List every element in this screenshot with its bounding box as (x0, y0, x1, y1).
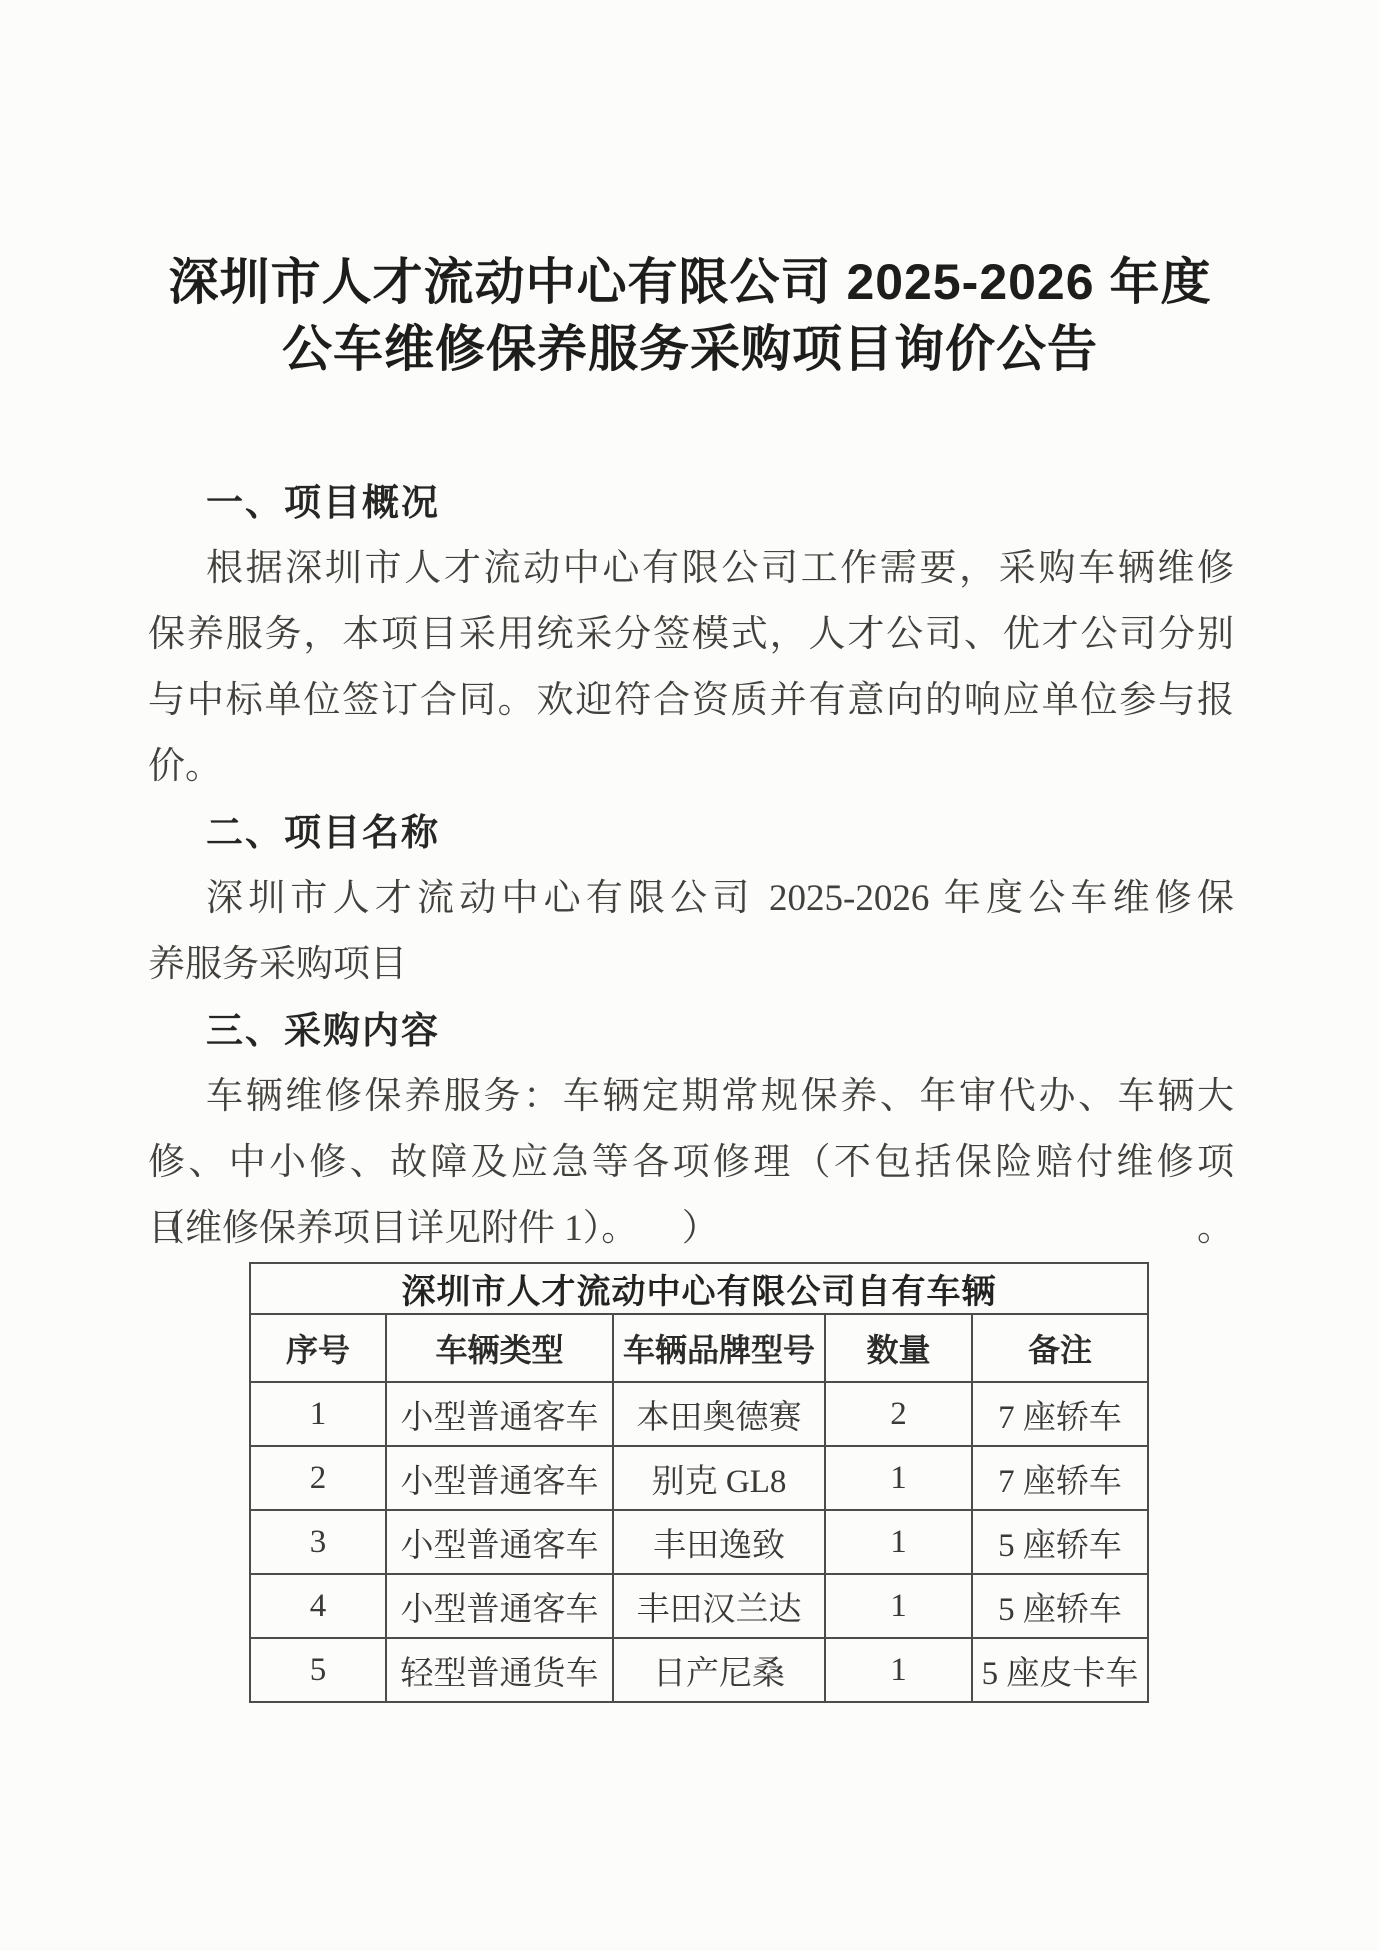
cell-vehicle-type: 小型普通客车 (386, 1510, 613, 1574)
cell-quantity: 1 (825, 1638, 972, 1702)
column-header-remarks: 备注 (972, 1314, 1148, 1382)
table-row: 2 小型普通客车 别克 GL8 1 7 座轿车 (250, 1446, 1148, 1510)
body-line: 保养服务，本项目采用统采分签模式，人才公司、优才公司分别 (148, 602, 1234, 668)
body-line: 车辆维修保养服务：车辆定期常规保养、年审代办、车辆大 (148, 1064, 1234, 1130)
cell-index: 5 (250, 1638, 386, 1702)
table-title: 深圳市人才流动中心有限公司自有车辆 (250, 1263, 1148, 1314)
cell-quantity: 1 (825, 1574, 972, 1638)
cell-quantity: 2 (825, 1382, 972, 1446)
cell-brand-model: 丰田逸致 (613, 1510, 825, 1574)
cell-vehicle-type: 小型普通客车 (386, 1446, 613, 1510)
table-row: 3 小型普通客车 丰田逸致 1 5 座轿车 (250, 1510, 1148, 1574)
document-page: 深圳市人才流动中心有限公司 2025-2026 年度 公车维修保养服务采购项目询… (0, 0, 1380, 1951)
body-line: 深圳市人才流动中心有限公司 2025-2026 年度公车维修保 (148, 866, 1234, 932)
cell-index: 3 (250, 1510, 386, 1574)
body-line: 根据深圳市人才流动中心有限公司工作需要，采购车辆维修 (148, 536, 1234, 602)
cell-remarks: 5 座轿车 (972, 1510, 1148, 1574)
cell-brand-model: 本田奥德赛 (613, 1382, 825, 1446)
cell-vehicle-type: 小型普通客车 (386, 1574, 613, 1638)
cell-brand-model: 丰田汉兰达 (613, 1574, 825, 1638)
table-header-row: 序号 车辆类型 车辆品牌型号 数量 备注 (250, 1314, 1148, 1382)
cell-brand-model: 日产尼桑 (613, 1638, 825, 1702)
cell-remarks: 5 座皮卡车 (972, 1638, 1148, 1702)
cell-remarks: 5 座轿车 (972, 1574, 1148, 1638)
cell-index: 2 (250, 1446, 386, 1510)
vehicle-table: 深圳市人才流动中心有限公司自有车辆 序号 车辆类型 车辆品牌型号 数量 备注 1… (249, 1262, 1149, 1703)
document-title: 深圳市人才流动中心有限公司 2025-2026 年度 公车维修保养服务采购项目询… (0, 249, 1380, 383)
column-header-index: 序号 (250, 1314, 386, 1382)
cell-quantity: 1 (825, 1510, 972, 1574)
section-heading-overview: 一、项目概况 (148, 470, 1234, 536)
table-row: 1 小型普通客车 本田奥德赛 2 7 座轿车 (250, 1382, 1148, 1446)
cell-index: 1 (250, 1382, 386, 1446)
document-body: 一、项目概况 根据深圳市人才流动中心有限公司工作需要，采购车辆维修 保养服务，本… (148, 470, 1234, 1262)
cell-remarks: 7 座轿车 (972, 1382, 1148, 1446)
document-title-line2: 公车维修保养服务采购项目询价公告 (0, 316, 1380, 383)
body-line: 与中标单位签订合同。欢迎符合资质并有意向的响应单位参与报 (148, 668, 1234, 734)
column-header-vehicle-type: 车辆类型 (386, 1314, 613, 1382)
cell-vehicle-type: 小型普通客车 (386, 1382, 613, 1446)
table-title-row: 深圳市人才流动中心有限公司自有车辆 (250, 1263, 1148, 1314)
body-line: 价。 (148, 734, 1234, 800)
section-heading-project-name: 二、项目名称 (148, 800, 1234, 866)
document-title-line1: 深圳市人才流动中心有限公司 2025-2026 年度 (0, 249, 1380, 316)
column-header-quantity: 数量 (825, 1314, 972, 1382)
body-line: 修、中小修、故障及应急等各项修理（不包括保险赔付维修项目）。 (148, 1130, 1234, 1196)
cell-brand-model: 别克 GL8 (613, 1446, 825, 1510)
cell-index: 4 (250, 1574, 386, 1638)
table-row: 5 轻型普通货车 日产尼桑 1 5 座皮卡车 (250, 1638, 1148, 1702)
body-line: 养服务采购项目 (148, 932, 1234, 998)
table-row: 4 小型普通客车 丰田汉兰达 1 5 座轿车 (250, 1574, 1148, 1638)
cell-remarks: 7 座轿车 (972, 1446, 1148, 1510)
column-header-brand-model: 车辆品牌型号 (613, 1314, 825, 1382)
section-heading-procurement-content: 三、采购内容 (148, 998, 1234, 1064)
cell-vehicle-type: 轻型普通货车 (386, 1638, 613, 1702)
cell-quantity: 1 (825, 1446, 972, 1510)
